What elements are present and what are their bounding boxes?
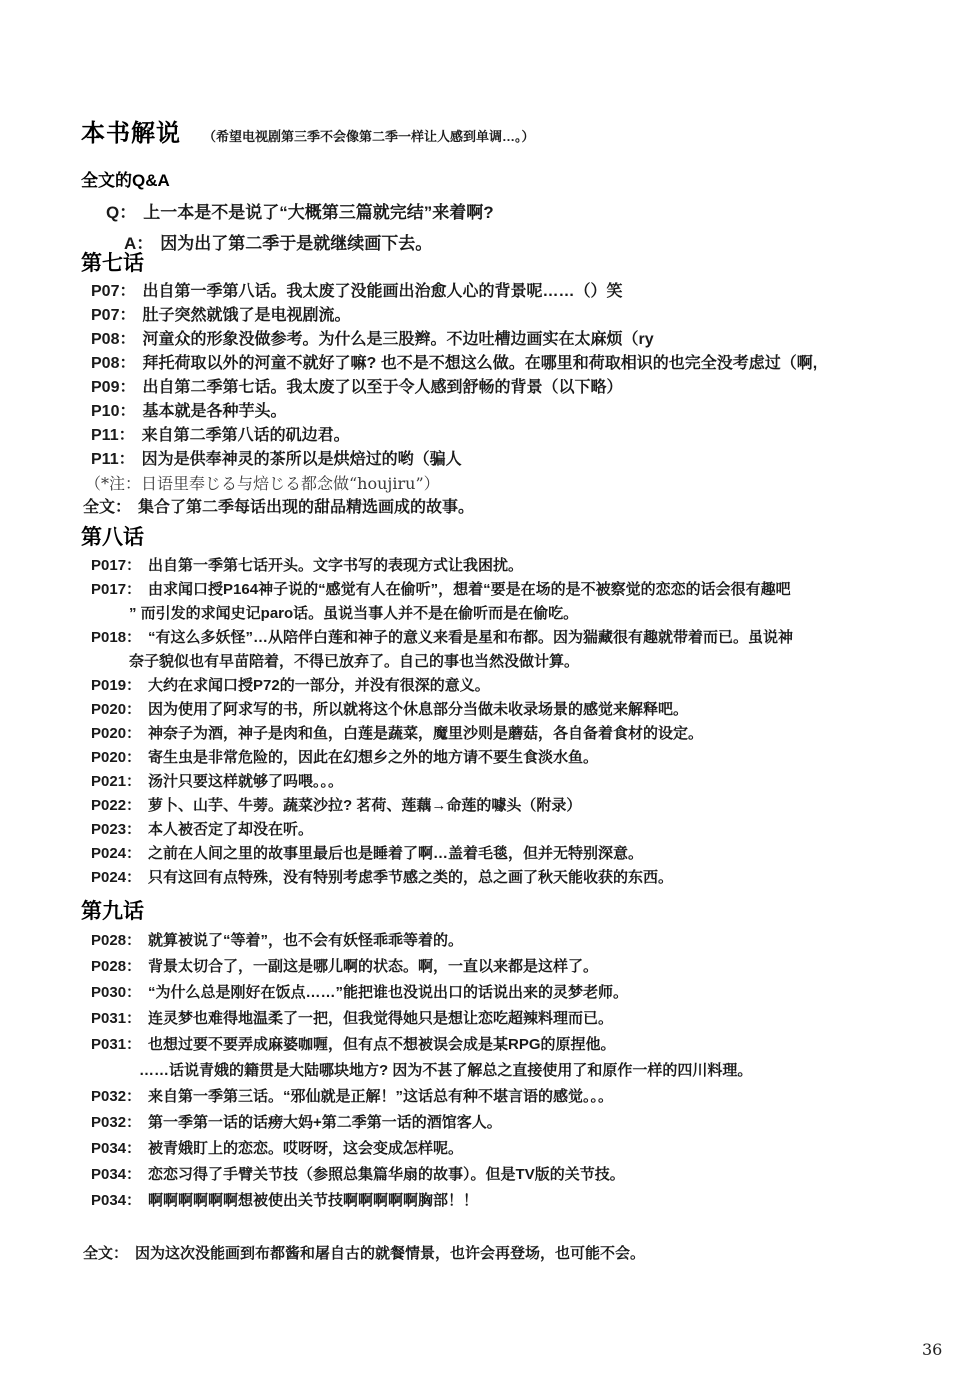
note-line: P021：汤汁只要这样就够了吗喂。。。 bbox=[81, 770, 966, 794]
line-label: P020： bbox=[91, 701, 141, 718]
line-text: ……话说青娥的籍贯是大陆哪块地方? 因为不甚了解总之直接使用了和原作一样的四川料… bbox=[139, 1062, 752, 1079]
line-text: 河童众的形象没做参考。为什么是三股辫。不边吐槽边画实在太麻烦（ry bbox=[142, 331, 653, 348]
line-text: 萝卜、山芋、牛蒡。蔬菜沙拉? 茗荷、莲藕→命莲的噱头（附录） bbox=[148, 797, 581, 814]
line-text: 因为这次没能画到布都酱和屠自古的就餐情景，也许会再登场，也可能不会。 bbox=[135, 1245, 645, 1262]
line-label: P08： bbox=[91, 331, 135, 348]
line-text: 出自第二季第七话。我太废了以至于令人感到舒畅的背景（以下略） bbox=[142, 379, 622, 396]
line-label: P08： bbox=[91, 355, 135, 372]
page-title: 本书解说 bbox=[81, 113, 181, 148]
line-text: 来自第一季第三话。“邪仙就是正解！”这话总有种不堪言语的感觉。。。 bbox=[148, 1088, 613, 1105]
line-text: 被青娥盯上的恋恋。哎呀呀，这会变成怎样呢。 bbox=[148, 1140, 463, 1157]
line-label: P11： bbox=[91, 427, 135, 444]
line-label: P024： bbox=[91, 869, 141, 886]
line-text: 汤汁只要这样就够了吗喂。。。 bbox=[148, 773, 343, 790]
note-line: P023：本人被否定了却没在听。 bbox=[81, 818, 966, 842]
line-label: P020： bbox=[91, 749, 141, 766]
line-text: 出自第一季第八话。我太废了没能画出治愈人心的背景呢……（）笑 bbox=[142, 283, 622, 300]
line-text: 恋恋习得了手臂关节技（参照总集篇华扇的故事）。但是TV版的关节技。 bbox=[148, 1166, 625, 1183]
note-line: P11：来自第二季第八话的矶边君。 bbox=[81, 424, 966, 448]
line-text: 本人被否定了却没在听。 bbox=[148, 821, 313, 838]
note-line: P017：由求闻口授P164神子说的“感觉有人在偷听”，想着“要是在场的是不被察… bbox=[81, 578, 966, 602]
line-text: 因为使用了阿求写的书，所以就将这个休息部分当做未收录场景的感觉来解释吧。 bbox=[148, 701, 688, 718]
line-text: 来自第二季第八话的矶边君。 bbox=[142, 427, 350, 444]
note-line: P017：出自第一季第七话开头。文字书写的表现方式让我困扰。 bbox=[81, 554, 966, 578]
note-line: P034：啊啊啊啊啊啊想被使出关节技啊啊啊啊啊胸部！！ bbox=[81, 1188, 966, 1214]
line-text: 连灵梦也难得地温柔了一把，但我觉得她只是想让恋吃超辣料理而已。 bbox=[148, 1010, 613, 1027]
note-line: P028：背景太切合了，一副这是哪儿啊的状态。啊，一直以来都是这样了。 bbox=[81, 954, 966, 980]
note-line: 奈子貌似也有早苗陪着，不得已放弃了。自己的事也当然没做计算。 bbox=[81, 650, 966, 674]
note-line: P022：萝卜、山芋、牛蒡。蔬菜沙拉? 茗荷、莲藕→命莲的噱头（附录） bbox=[81, 794, 966, 818]
line-label: P020： bbox=[91, 725, 141, 742]
line-label: P09： bbox=[91, 379, 135, 396]
note-line: P032：来自第一季第三话。“邪仙就是正解！”这话总有种不堪言语的感觉。。。 bbox=[81, 1084, 966, 1110]
note-line: P024：之前在人间之里的故事里最后也是睡着了啊…盖着毛毯，但并无特别深意。 bbox=[81, 842, 966, 866]
line-text: 之前在人间之里的故事里最后也是睡着了啊…盖着毛毯，但并无特别深意。 bbox=[148, 845, 643, 862]
note-line: P07：出自第一季第八话。我太废了没能画出治愈人心的背景呢……（）笑 bbox=[81, 280, 966, 304]
page-title-note: （希望电视剧第三季不会像第二季一样让人感到单调…。） bbox=[203, 126, 535, 145]
line-label: P018： bbox=[91, 629, 141, 646]
note-line: P07：肚子突然就饿了是电视剧流。 bbox=[81, 304, 966, 328]
line-label: 全文： bbox=[83, 1245, 128, 1262]
line-text: 肚子突然就饿了是电视剧流。 bbox=[142, 307, 350, 324]
note-line: ……话说青娥的籍贯是大陆哪块地方? 因为不甚了解总之直接使用了和原作一样的四川料… bbox=[81, 1058, 966, 1084]
line-text: “有这么多妖怪”…从陪伴白莲和神子的意义来看是星和布都。因为猯藏很有趣就带着而已… bbox=[148, 629, 793, 646]
note-line: P032：第一季第一话的话痨大妈+第二季第一话的酒馆客人。 bbox=[81, 1110, 966, 1136]
note-line: P08：河童众的形象没做参考。为什么是三股辫。不边吐槽边画实在太麻烦（ry bbox=[81, 328, 966, 352]
section-heading: 第九话 bbox=[81, 895, 966, 925]
note-line: 全文：集合了第二季每话出现的甜品精选画成的故事。 bbox=[81, 496, 966, 520]
line-text: 也想过要不要弄成麻婆咖喱，但有点不想被误会成是某RPG的原捏他。 bbox=[148, 1036, 616, 1053]
line-text: 拜托荷取以外的河童不就好了嘛? 也不是不想这么做。在哪里和荷取相识的也完全没考虑… bbox=[142, 355, 817, 372]
section-lines: P07：出自第一季第八话。我太废了没能画出治愈人心的背景呢……（）笑P07：肚子… bbox=[81, 280, 966, 520]
line-text: 就算被说了“等着”，也不会有妖怪乖乖等着的。 bbox=[148, 932, 463, 949]
section-lines: P017：出自第一季第七话开头。文字书写的表现方式让我困扰。P017：由求闻口授… bbox=[81, 554, 966, 890]
line-label: P028： bbox=[91, 958, 141, 975]
note-line: P020：寄生虫是非常危险的，因此在幻想乡之外的地方请不要生食淡水鱼。 bbox=[81, 746, 966, 770]
note-line: P024：只有这回有点特殊，没有特别考虑季节感之类的，总之画了秋天能收获的东西。 bbox=[81, 866, 966, 890]
section-episode-7: 第七话 P07：出自第一季第八话。我太废了没能画出治愈人心的背景呢……（）笑P0… bbox=[81, 247, 966, 520]
note-line: P031：也想过要不要弄成麻婆咖喱，但有点不想被误会成是某RPG的原捏他。 bbox=[81, 1032, 966, 1058]
page-number: 36 bbox=[922, 1340, 942, 1359]
note-line: （*注：日语里奉じる与焙じる都念做“houjiru”） bbox=[81, 472, 966, 496]
line-label: P10： bbox=[91, 403, 135, 420]
line-text: 上一本是不是说了“大概第三篇就完结”来着啊? bbox=[143, 203, 493, 222]
line-text: 奈子貌似也有早苗陪着，不得已放弃了。自己的事也当然没做计算。 bbox=[129, 653, 579, 670]
line-text: 出自第一季第七话开头。文字书写的表现方式让我困扰。 bbox=[148, 557, 523, 574]
section-heading: 第七话 bbox=[81, 247, 966, 277]
line-label: P028： bbox=[91, 932, 141, 949]
line-text: 神奈子为酒，神子是肉和鱼，白莲是蔬菜，魔里沙则是蘑菇，各自备着食材的设定。 bbox=[148, 725, 703, 742]
line-text: 因为是供奉神灵的茶所以是烘焙过的哟（骗人 bbox=[142, 451, 462, 468]
note-line: P034：被青娥盯上的恋恋。哎呀呀，这会变成怎样呢。 bbox=[81, 1136, 966, 1162]
note-line: ” 而引发的求闻史记paro话。虽说当事人并不是在偷听而是在偷吃。 bbox=[81, 602, 966, 626]
line-text: 第一季第一话的话痨大妈+第二季第一话的酒馆客人。 bbox=[148, 1114, 502, 1131]
line-label: P022： bbox=[91, 797, 141, 814]
line-label: Q： bbox=[106, 203, 136, 222]
line-label: P034： bbox=[91, 1140, 141, 1157]
line-label: 全文： bbox=[83, 499, 131, 516]
line-label: P031： bbox=[91, 1010, 141, 1027]
note-line: P034：恋恋习得了手臂关节技（参照总集篇华扇的故事）。但是TV版的关节技。 bbox=[81, 1162, 966, 1188]
note-line: P020：因为使用了阿求写的书，所以就将这个休息部分当做未收录场景的感觉来解释吧… bbox=[81, 698, 966, 722]
line-text: 背景太切合了，一副这是哪儿啊的状态。啊，一直以来都是这样了。 bbox=[148, 958, 598, 975]
line-label: P07： bbox=[91, 283, 135, 300]
line-text: 大约在求闻口授P72的一部分，并没有很深的意义。 bbox=[148, 677, 490, 694]
line-text: “为什么总是刚好在饭点……”能把谁也没说出口的话说出来的灵梦老师。 bbox=[148, 984, 628, 1001]
section-lines: P028：就算被说了“等着”，也不会有妖怪乖乖等着的。P028：背景太切合了，一… bbox=[81, 928, 966, 1267]
line-text: 集合了第二季每话出现的甜品精选画成的故事。 bbox=[138, 499, 474, 516]
line-text: （*注：日语里奉じる与焙じる都念做“houjiru”） bbox=[85, 474, 440, 493]
line-label: P021： bbox=[91, 773, 141, 790]
line-text: 只有这回有点特殊，没有特别考虑季节感之类的，总之画了秋天能收获的东西。 bbox=[148, 869, 673, 886]
line-label: P031： bbox=[91, 1036, 141, 1053]
note-line: P018：“有这么多妖怪”…从陪伴白莲和神子的意义来看是星和布都。因为猯藏很有趣… bbox=[81, 626, 966, 650]
line-label: P034： bbox=[91, 1192, 141, 1209]
line-label: P019： bbox=[91, 677, 141, 694]
section-heading: 第八话 bbox=[81, 521, 966, 551]
note-line: P10：基本就是各种芋头。 bbox=[81, 400, 966, 424]
note-line: P08：拜托荷取以外的河童不就好了嘛? 也不是不想这么做。在哪里和荷取相识的也完… bbox=[81, 352, 966, 376]
note-line: P019：大约在求闻口授P72的一部分，并没有很深的意义。 bbox=[81, 674, 966, 698]
note-line: P09：出自第二季第七话。我太废了以至于令人感到舒畅的背景（以下略） bbox=[81, 376, 966, 400]
line-label: P032： bbox=[91, 1114, 141, 1131]
section-episode-8: 第八话 P017：出自第一季第七话开头。文字书写的表现方式让我困扰。P017：由… bbox=[81, 521, 966, 890]
qa-heading: 全文的Q&A bbox=[81, 166, 494, 191]
note-line: P028：就算被说了“等着”，也不会有妖怪乖乖等着的。 bbox=[81, 928, 966, 954]
note-line: 全文：因为这次没能画到布都酱和屠自古的就餐情景，也许会再登场，也可能不会。 bbox=[81, 1241, 966, 1267]
note-line: P031：连灵梦也难得地温柔了一把，但我觉得她只是想让恋吃超辣料理而已。 bbox=[81, 1006, 966, 1032]
note-line: P030：“为什么总是刚好在饭点……”能把谁也没说出口的话说出来的灵梦老师。 bbox=[81, 980, 966, 1006]
note-line: P11：因为是供奉神灵的茶所以是烘焙过的哟（骗人 bbox=[81, 448, 966, 472]
line-text: ” 而引发的求闻史记paro话。虽说当事人并不是在偷听而是在偷吃。 bbox=[129, 605, 578, 622]
line-label: P024： bbox=[91, 845, 141, 862]
section-episode-9: 第九话 P028：就算被说了“等着”，也不会有妖怪乖乖等着的。P028：背景太切… bbox=[81, 895, 966, 1267]
line-label: P017： bbox=[91, 557, 141, 574]
line-label: P032： bbox=[91, 1088, 141, 1105]
line-text: 由求闻口授P164神子说的“感觉有人在偷听”，想着“要是在场的是不被察觉的恋恋的… bbox=[148, 581, 791, 598]
line-text: 基本就是各种芋头。 bbox=[142, 403, 286, 420]
line-label: P034： bbox=[91, 1166, 141, 1183]
line-label: P023： bbox=[91, 821, 141, 838]
line-label: P017： bbox=[91, 581, 141, 598]
line-label: P11： bbox=[91, 451, 135, 468]
line-text: 寄生虫是非常危险的，因此在幻想乡之外的地方请不要生食淡水鱼。 bbox=[148, 749, 598, 766]
line-label: P07： bbox=[91, 307, 135, 324]
qa-line: Q：上一本是不是说了“大概第三篇就完结”来着啊? bbox=[96, 200, 494, 226]
line-text: 啊啊啊啊啊啊想被使出关节技啊啊啊啊啊胸部！！ bbox=[148, 1192, 478, 1209]
note-line: P020：神奈子为酒，神子是肉和鱼，白莲是蔬菜，魔里沙则是蘑菇，各自备着食材的设… bbox=[81, 722, 966, 746]
line-label: P030： bbox=[91, 984, 141, 1001]
page-header: 本书解说 （希望电视剧第三季不会像第二季一样让人感到单调…。） bbox=[81, 113, 535, 148]
document-page: 本书解说 （希望电视剧第三季不会像第二季一样让人感到单调…。） 全文的Q&A Q… bbox=[0, 0, 980, 1400]
